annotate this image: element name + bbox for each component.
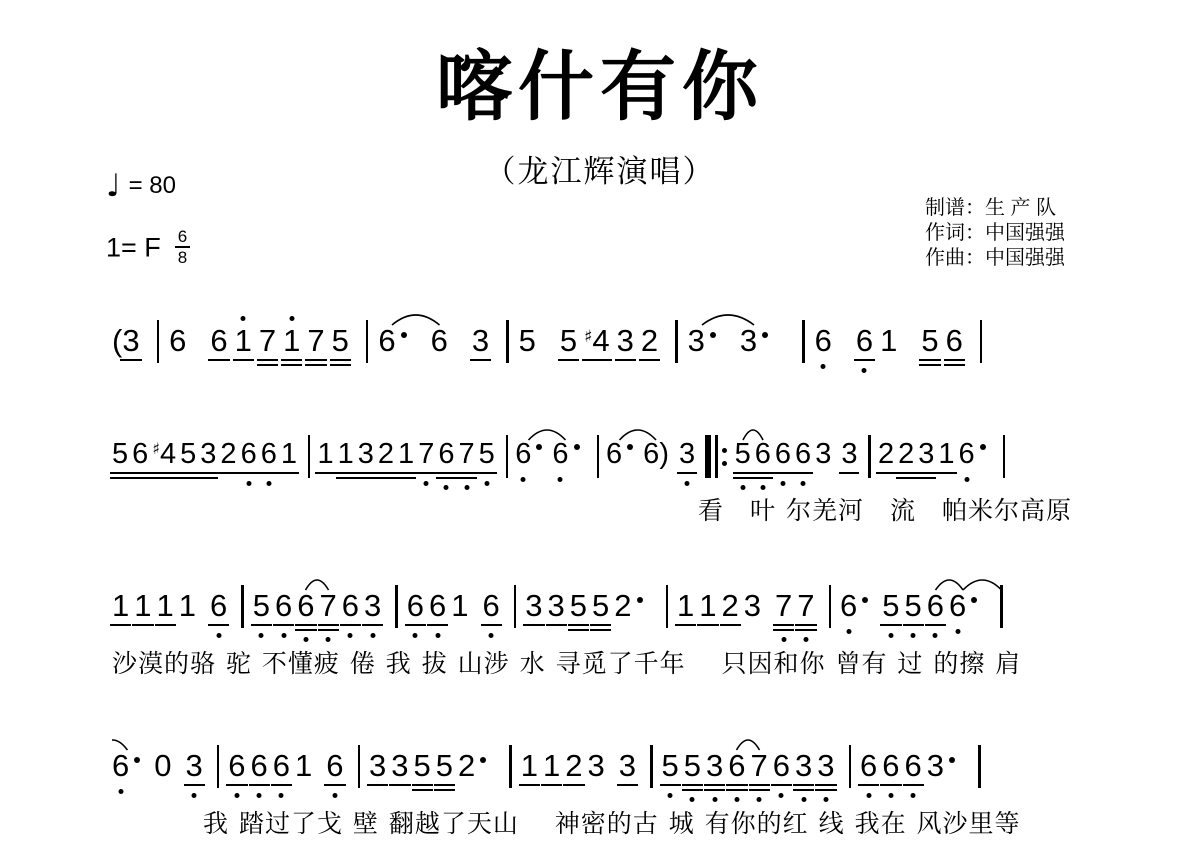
note: 6 [552, 440, 579, 469]
note: 6 [169, 325, 186, 356]
barline [241, 585, 244, 628]
note: 3 [617, 325, 634, 356]
octave-dot-below [779, 793, 784, 798]
octave-dot-below [685, 481, 690, 486]
note: 1 [521, 750, 538, 781]
note: 5 [332, 325, 349, 356]
octave-dot-below [757, 797, 762, 802]
augmentation-dot [971, 597, 977, 603]
sheet-music-page: 喀什有你 （龙江辉演唱） ♩= 80 1= F68 制谱：生 产 队 作词：中国… [0, 0, 1200, 850]
note: 6 [326, 750, 343, 781]
barline [358, 745, 361, 788]
note: 7 [418, 440, 434, 469]
octave-dot-below [780, 481, 785, 486]
octave-dot-below [370, 633, 375, 638]
note: 3 [815, 440, 831, 469]
tempo-value: = 80 [129, 172, 176, 199]
quarter-note-icon: ♩ [106, 168, 121, 204]
note: 5 [253, 590, 270, 621]
octave-dot-below [435, 633, 440, 638]
barline [1000, 585, 1003, 628]
note: 6 [606, 440, 633, 469]
note: 6 [378, 325, 406, 356]
octave-dot-below [257, 793, 262, 798]
note: 7 [458, 440, 474, 469]
note: 2 [458, 750, 486, 781]
note: 6 [905, 750, 922, 781]
note: 5 [662, 750, 679, 781]
note: 6 [241, 440, 257, 469]
augmentation-dot [627, 444, 633, 450]
barline [506, 435, 509, 478]
note: 6 [795, 440, 811, 469]
note: 5 [882, 590, 899, 621]
octave-dot-below [216, 633, 221, 638]
octave-dot-below [803, 637, 808, 642]
octave-dot-below [846, 629, 851, 634]
note: 6 [959, 440, 986, 469]
song-subtitle: （龙江辉演唱） [0, 146, 1200, 191]
note: 6 [728, 750, 745, 781]
tempo-marking: ♩= 80 [106, 168, 176, 204]
note: 1 [295, 750, 312, 781]
music-line-1: (3661717566355♯4323366156 [112, 325, 992, 377]
augmentation-dot [710, 332, 716, 338]
barline [868, 435, 871, 478]
octave-dot-below [489, 633, 494, 638]
octave-dot-below [279, 793, 284, 798]
note: 7 [751, 750, 768, 781]
note: 3 [744, 590, 761, 621]
note: 7 [320, 590, 337, 621]
augmentation-dot [862, 597, 868, 603]
octave-dot-below [348, 633, 353, 638]
octave-dot-below [332, 793, 337, 798]
octave-dot-below [484, 481, 489, 486]
note: 3 [688, 325, 716, 356]
note: 6 [515, 440, 542, 469]
note: 1 [235, 325, 252, 356]
octave-dot-below [821, 364, 826, 369]
octave-dot-below [866, 793, 871, 798]
octave-dot-below [246, 481, 251, 486]
note: 7 [775, 590, 792, 621]
barline [308, 435, 311, 478]
credit-arranger: 制谱：生 产 队 [925, 196, 1065, 221]
sharp-icon: ♯ [584, 327, 592, 347]
note: 3 [472, 325, 489, 356]
note: 6 [927, 590, 944, 621]
barline [675, 320, 678, 363]
barline [1003, 435, 1006, 478]
barline [395, 585, 398, 628]
note: 2 [614, 590, 642, 621]
octave-dot-below [192, 793, 197, 798]
note: 5 [180, 440, 196, 469]
note: 1 [317, 440, 333, 469]
note: 2 [898, 440, 914, 469]
note: 3 [186, 750, 203, 781]
octave-dot-below [955, 629, 960, 634]
open-paren: ( [112, 325, 122, 356]
barline [217, 745, 220, 788]
credits-block: 制谱：生 产 队 作词：中国强强 作曲：中国强强 [925, 196, 1065, 271]
note: 1 [157, 590, 174, 621]
octave-dot-below [281, 633, 286, 638]
note: 6 [775, 440, 791, 469]
note: 5 [905, 590, 922, 621]
note: 6) [643, 440, 669, 469]
note: 6 [431, 325, 448, 356]
note: 3 [740, 325, 768, 356]
octave-dot-below [964, 477, 969, 482]
octave-dot-below [801, 481, 806, 486]
barline [980, 320, 983, 363]
note: 6 [210, 590, 227, 621]
key-name: 1= F [106, 233, 161, 263]
octave-dot-below [760, 485, 765, 490]
augmentation-dot [949, 757, 955, 763]
note: 2 [565, 750, 582, 781]
note: 5 [560, 325, 577, 356]
lyric-line-2: 沙漠的骆 驼 不懂疲 倦 我 拔 山涉 水 寻觅了千年 只因和你 曾有 过 的擦… [112, 644, 1021, 680]
octave-dot-below [266, 481, 271, 486]
barline [978, 745, 981, 788]
note: 6 [297, 590, 314, 621]
note: 1 [398, 440, 414, 469]
note: 6 [946, 325, 963, 356]
note: 6 [815, 325, 832, 356]
octave-dot-below [911, 793, 916, 798]
note: 6 [275, 590, 292, 621]
octave-dot-below [234, 793, 239, 798]
note: 6 [251, 750, 268, 781]
barline [597, 435, 600, 478]
note: 1 [938, 440, 954, 469]
barline [829, 585, 832, 628]
note: 3 [706, 750, 723, 781]
note: 6 [860, 750, 877, 781]
augmentation-dot [637, 597, 643, 603]
octave-dot-below [303, 637, 308, 642]
octave-dot-above [241, 316, 246, 321]
octave-dot-below [521, 477, 526, 482]
note: 2 [220, 440, 236, 469]
note: 1 [543, 750, 560, 781]
note: 3 [200, 440, 216, 469]
octave-dot-below [326, 637, 331, 642]
octave-dot-below [911, 633, 916, 638]
note: 5 [414, 750, 431, 781]
music-line-4: 603666163355211233553676336663 [112, 750, 990, 802]
barline [849, 745, 852, 788]
credit-lyricist: 作词：中国强强 [925, 221, 1065, 246]
note: 1 [677, 590, 694, 621]
credit-composer: 作曲：中国强强 [925, 246, 1065, 271]
octave-dot-below [888, 793, 893, 798]
octave-dot-below [464, 485, 469, 490]
note: 0 [154, 750, 171, 781]
barline [666, 585, 669, 628]
note: 3 [817, 750, 834, 781]
note: 5 [436, 750, 453, 781]
time-signature: 68 [175, 228, 190, 267]
note: 6 [755, 440, 771, 469]
note: 3 [927, 750, 955, 781]
octave-dot-below [444, 485, 449, 490]
note: 3 [918, 440, 934, 469]
barline [506, 320, 509, 363]
close-paren: ) [659, 440, 669, 469]
note: 5 [519, 325, 536, 356]
note: 7 [259, 325, 276, 356]
octave-dot-below [734, 797, 739, 802]
augmentation-dot [980, 444, 986, 450]
note: 6 [429, 590, 446, 621]
note: 5 [570, 590, 587, 621]
note: (3 [112, 325, 140, 356]
note: 6 [407, 590, 424, 621]
note: 3 [364, 590, 381, 621]
octave-dot-below [413, 633, 418, 638]
note: 1 [281, 440, 297, 469]
octave-dot-below [118, 789, 123, 794]
sharp-icon: ♯ [152, 439, 160, 458]
octave-dot-below [424, 481, 429, 486]
note: 3 [679, 440, 695, 469]
note: 3 [588, 750, 605, 781]
note: ♯4 [584, 325, 610, 356]
note: 2 [722, 590, 739, 621]
barline [802, 320, 805, 363]
note: 6 [949, 590, 977, 621]
lyric-line-1: 看 叶 尔羌河 流 帕米尔高原 [698, 491, 1072, 527]
note: 7 [307, 325, 324, 356]
barline [514, 585, 517, 628]
note: 6 [483, 590, 500, 621]
octave-dot-above [289, 316, 294, 321]
lyric-line-3: 我 踏过了戈 壁 翻越了天山 神密的古 城 有你的红 线 我在 风沙里等 [203, 804, 1021, 840]
note: 5 [921, 325, 938, 356]
augmentation-dot [134, 757, 140, 763]
note: 5 [112, 440, 128, 469]
octave-dot-below [712, 797, 717, 802]
song-title: 喀什有你 [0, 46, 1200, 130]
music-line-2: 56♯45326611132176756666)356663322316 [112, 440, 1012, 492]
augmentation-dot [480, 757, 486, 763]
note: 3 [391, 750, 408, 781]
octave-dot-below [823, 797, 828, 802]
note: 2 [378, 440, 394, 469]
note: 1 [112, 590, 129, 621]
note: 1 [283, 325, 300, 356]
octave-dot-below [862, 368, 867, 373]
barline [157, 320, 160, 363]
note: 1 [451, 590, 468, 621]
note: 6 [261, 440, 277, 469]
note: 6 [112, 750, 140, 781]
octave-dot-below [888, 633, 893, 638]
note: 3 [841, 440, 857, 469]
note: 7 [797, 590, 814, 621]
note: 6 [856, 325, 873, 356]
note: 6 [132, 440, 148, 469]
note: 3 [795, 750, 812, 781]
note: 2 [641, 325, 658, 356]
note: 6 [438, 440, 454, 469]
note: 6 [342, 590, 359, 621]
note: 3 [358, 440, 374, 469]
time-signature-top: 6 [175, 228, 190, 248]
note: 6 [882, 750, 899, 781]
octave-dot-below [558, 477, 563, 482]
time-signature-bottom: 8 [175, 248, 190, 267]
augmentation-dot [401, 332, 407, 338]
barline [366, 320, 369, 363]
note: 1 [699, 590, 716, 621]
augmentation-dot [574, 444, 580, 450]
repeat-begin-barline [705, 435, 727, 478]
note: 6 [840, 590, 868, 621]
octave-dot-below [740, 485, 745, 490]
music-line-3: 1111656676366163355211237765566 [112, 590, 1012, 642]
note: 5 [592, 590, 609, 621]
note: 3 [369, 750, 386, 781]
note: 2 [878, 440, 894, 469]
octave-dot-below [933, 633, 938, 638]
note: 3 [619, 750, 636, 781]
note: 6 [773, 750, 790, 781]
barline [509, 745, 512, 788]
note: ♯4 [152, 440, 176, 469]
note: 5 [479, 440, 495, 469]
octave-dot-below [801, 797, 806, 802]
barline [650, 745, 653, 788]
note: 3 [548, 590, 565, 621]
key-signature: 1= F68 [106, 232, 190, 267]
augmentation-dot [536, 444, 542, 450]
octave-dot-below [781, 637, 786, 642]
note: 6 [228, 750, 245, 781]
octave-dot-below [259, 633, 264, 638]
note: 1 [134, 590, 151, 621]
note: 6 [273, 750, 290, 781]
octave-dot-below [668, 793, 673, 798]
augmentation-dot [762, 332, 768, 338]
note: 1 [338, 440, 354, 469]
note: 1 [880, 325, 897, 356]
octave-dot-below [690, 797, 695, 802]
note: 3 [525, 590, 542, 621]
note: 6 [210, 325, 227, 356]
note: 5 [684, 750, 701, 781]
note: 5 [735, 440, 751, 469]
note: 1 [179, 590, 196, 621]
